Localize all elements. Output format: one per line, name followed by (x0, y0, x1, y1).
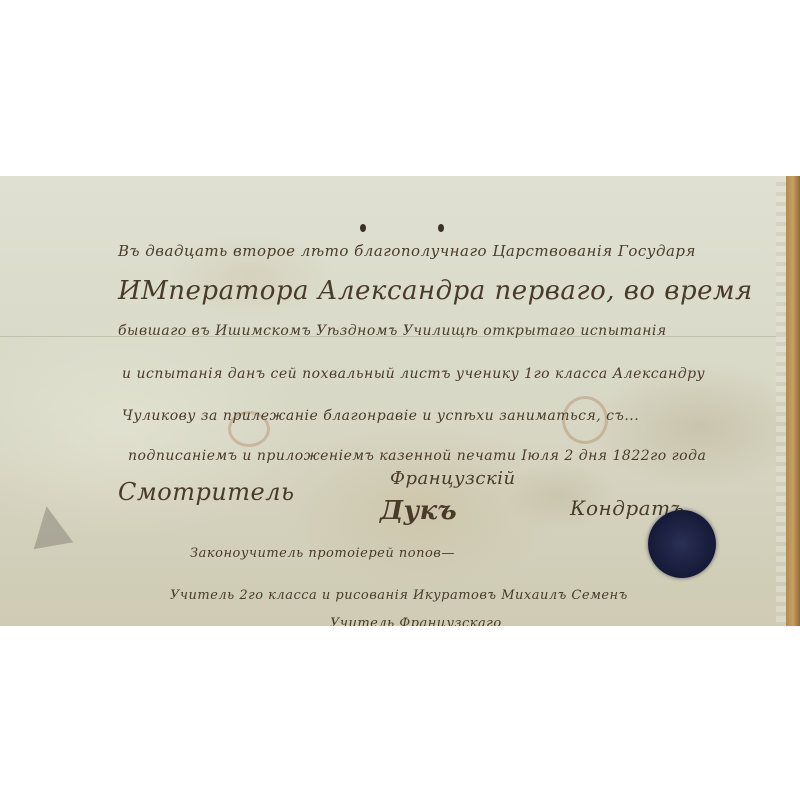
paper-tear (27, 503, 73, 549)
signature-middle-top: Французскій (390, 468, 516, 489)
lower-line-3: Учитель Французскаго (330, 616, 502, 626)
signature-middle-bottom: Дукъ (380, 496, 457, 526)
wax-seal (648, 510, 716, 578)
lower-line-2: Учитель 2го класса и рисованія Икуратовъ… (170, 588, 628, 603)
text-line-2: ИМператора Александра перваго, во время (118, 276, 753, 306)
text-line-6: подписаніемъ и приложеніемъ казенной печ… (128, 448, 706, 464)
torn-edge (776, 176, 786, 626)
text-line-5: Чуликову за прилежаніе благонравіе и усп… (122, 408, 639, 424)
text-line-4: и испытанія данъ сей похвальный листъ уч… (122, 366, 705, 382)
wooden-frame (786, 176, 800, 626)
lower-line-1: Законоучитель протоіерей попов— (190, 546, 455, 561)
signature-left: Смотритель (118, 478, 295, 506)
pin-hole (360, 224, 366, 232)
text-line-3: бывшаго въ Ишимскомъ Уѣздномъ Училищѣ от… (118, 323, 667, 339)
document-photo: Въ двадцать второе лѣто благополучнаго Ц… (0, 176, 800, 626)
text-line-1: Въ двадцать второе лѣто благополучнаго Ц… (118, 242, 696, 260)
pin-hole (438, 224, 444, 232)
